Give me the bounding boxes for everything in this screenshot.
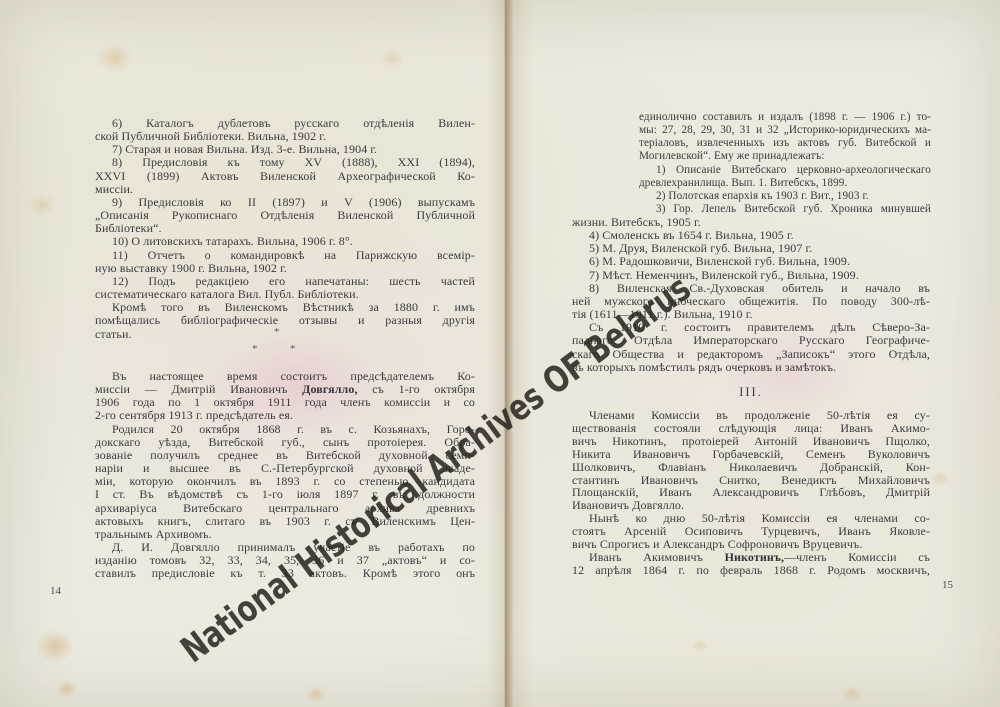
text-line: древлехранилища. Вып. 1. Витебскъ, 1899. [639, 177, 931, 190]
emphasized-name: Довгялло, [302, 382, 357, 396]
text-line: Шолковичъ, Флавіанъ Николаевичъ Добранск… [572, 461, 930, 474]
left-page-biography-block: Въ настоящее время состоитъ предсѣдателе… [95, 370, 475, 581]
asterisk: * [290, 343, 296, 355]
text-line: XXVI (1899) Актовъ Виленской Археографич… [95, 170, 475, 183]
text-line: 2) Полотская епархія къ 1903 г. Вит., 19… [639, 190, 931, 203]
text-segment: миссіи — Дмитрій Ивановичъ [95, 382, 302, 396]
text-line: 8) Предисловія къ тому XV (1888), XXI (1… [95, 156, 475, 169]
book-gutter-line [505, 0, 507, 707]
book-scan: 6) Каталогъ дублетовъ русскаго отдѣленія… [0, 0, 1000, 707]
text-line: Иванъ Акимовичъ Никотинъ,—членъ Комиссіи… [572, 551, 930, 564]
text-segment: съ 1-го октября [358, 382, 475, 396]
text-line: Никита Ивановичъ Горбачевскій, Семенъ Ву… [572, 448, 930, 461]
section-heading: III. [572, 385, 930, 400]
page-number-right: 15 [942, 579, 953, 591]
text-line: I ст. Въ вѣдомствѣ съ 1-го іюля 1897 г. … [95, 488, 475, 501]
text-line: Членами Комиссіи въ продолженіе 50-лѣтія… [572, 409, 930, 422]
text-line: 12 апрѣля 1864 г. по февраль 1868 г. Род… [572, 564, 930, 577]
text-line: 1) Описаніе Витебскаго церковно-археолог… [639, 164, 931, 177]
text-line: 10) О литовскихъ татарахъ. Вильна, 1906 … [95, 235, 475, 248]
text-line: мы: 27, 28, 29, 30, 31 и 32 „Историко-юр… [639, 124, 931, 137]
text-line: архиваріуса Витебскаго центральнаго архи… [95, 502, 475, 515]
text-line: 11) Отчетъ о командировкѣ на Парижскую в… [95, 249, 475, 262]
text-line: миссіи. [95, 183, 475, 196]
text-line: ставилъ предисловіе къ т. 33 актовъ. Кро… [95, 567, 475, 580]
text-segment: Иванъ Акимовичъ [589, 550, 725, 564]
text-line: ществованія состояли слѣдующія лица: Ива… [572, 422, 930, 435]
text-line: Родился 20 октября 1868 г. въ с. Козьяна… [95, 423, 475, 436]
text-line: докскаго уѣзда, Витебской губ., сынъ про… [95, 436, 475, 449]
text-line: 7) Мѣст. Неменчинъ, Виленской губ., Виль… [572, 269, 930, 282]
text-line: Могилевской“. Ему же принадлежатъ: [639, 150, 931, 163]
book-gutter-shadow [486, 0, 532, 707]
text-segment: —членъ Комиссіи съ [784, 550, 930, 564]
text-line: вичъ Никотинъ, протоіерей Антоній Иванов… [572, 435, 930, 448]
text-line: 2-го сентября 1913 г. предсѣдатель ея. [95, 409, 475, 422]
text-line: скаго Общества и редакторомъ „Записокъ“ … [572, 348, 930, 361]
page-number-left: 14 [50, 585, 61, 597]
text-line: теріаловъ, извлеченныхъ изъ актовъ губ. … [639, 137, 931, 150]
right-page-top-block: единолично составилъ и издалъ (1898 г. —… [639, 111, 931, 216]
asterisk: * [252, 343, 258, 355]
asterisk: * [274, 326, 280, 338]
text-line: единолично составилъ и издалъ (1898 г. —… [639, 111, 931, 124]
text-line: въ которыхъ помѣстилъ рядъ очерковъ и за… [572, 361, 930, 374]
left-page-bibliography-block: 6) Каталогъ дублетовъ русскаго отдѣленія… [95, 117, 475, 341]
emphasized-name: Никотинъ, [725, 550, 784, 564]
text-line: паднаго Отдѣла Императорскаго Русскаго Г… [572, 334, 930, 347]
text-line: 8) Виленская Св.-Духовская обитель и нач… [572, 282, 930, 295]
right-page-middle-block: жизни. Витебскъ, 1905 г.4) Смоленскъ въ … [572, 216, 930, 374]
text-line: ную выставку 1900 г. Вильна, 1902 г. [95, 262, 475, 275]
right-page-members-block: Членами Комиссіи въ продолженіе 50-лѣтія… [572, 409, 930, 577]
text-line: актовыхъ книгъ, слитаго въ 1903 г. съ Ви… [95, 515, 475, 528]
asterism-separator: * * * [252, 326, 302, 356]
text-line: 6) М. Радошковичи, Виленской губ. Вильна… [572, 255, 930, 268]
